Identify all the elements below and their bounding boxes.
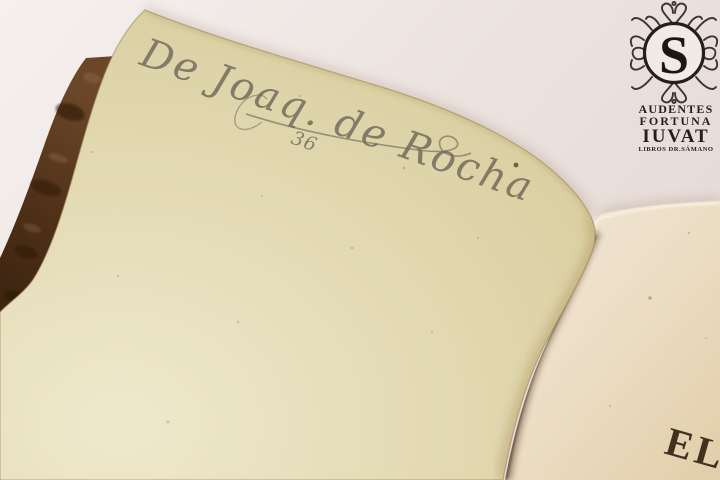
watermark-imprint: LIBROS DR.SÁMANO [638,145,713,153]
monogram-s: S [659,25,689,85]
watermark-motto-line3: IUVAT [642,126,709,147]
photo-canvas: EL De Joaq. de Rocha 36 [0,0,720,480]
book-photograph: EL De Joaq. de Rocha 36 [0,0,720,480]
